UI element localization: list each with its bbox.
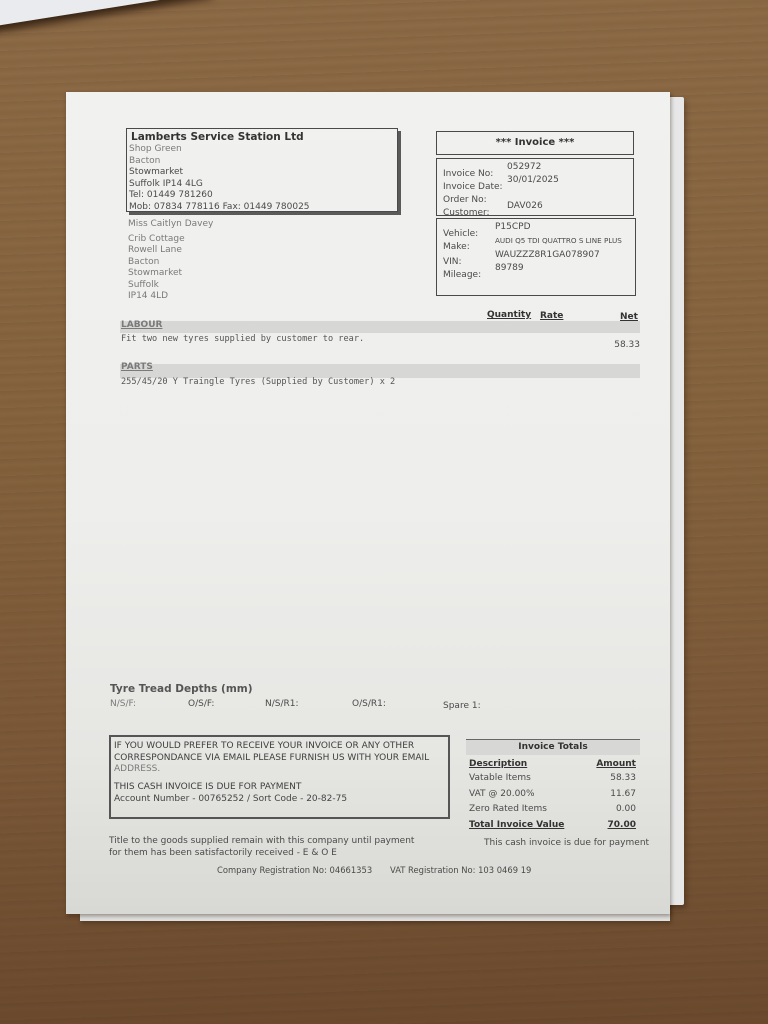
- notice-line: IF YOU WOULD PREFER TO RECEIVE YOUR INVO…: [114, 741, 429, 753]
- totals-amount-header: Amount: [576, 759, 636, 771]
- title-of-goods-terms: Title to the goods supplied remain with …: [109, 836, 414, 859]
- company-registration: Company Registration No: 04661353: [217, 865, 372, 877]
- labour-heading: LABOUR: [121, 320, 162, 332]
- background-paper-sheet: [0, 0, 212, 28]
- bank-account-details: Account Number - 00765252 / Sort Code - …: [114, 794, 347, 806]
- parts-section-band: [120, 364, 640, 378]
- labour-section-band: [120, 321, 640, 333]
- company-name: Lamberts Service Station Ltd: [131, 131, 304, 144]
- address-line: Suffolk IP14 4LG: [129, 179, 310, 191]
- company-box: Lamberts Service Station Ltd Shop Green …: [126, 128, 398, 212]
- customer-name: Miss Caitlyn Davey: [128, 219, 213, 231]
- totals-title: Invoice Totals: [466, 740, 640, 755]
- tread-osr1-label: O/S/R1:: [352, 699, 386, 711]
- customer-address: Miss Caitlyn Davey Crib Cottage Rowell L…: [128, 219, 213, 303]
- vehicle-reg-value: P15CPD: [495, 222, 531, 234]
- totals-description-header: Description: [469, 759, 527, 771]
- address-line: IP14 4LD: [128, 291, 213, 303]
- total-invoice-value-amount: 70.00: [576, 820, 636, 832]
- document-title: *** Invoice ***: [437, 132, 633, 153]
- address-line: Crib Cottage: [128, 234, 213, 246]
- vat-registration: VAT Registration No: 103 0469 19: [390, 865, 531, 877]
- quantity-column-header: Quantity: [487, 310, 531, 322]
- totals-header-band: Invoice Totals: [466, 739, 640, 755]
- vatable-items-amount: 58.33: [576, 773, 636, 785]
- vatable-items-label: Vatable Items: [469, 773, 531, 785]
- tread-spare-label: Spare 1:: [443, 701, 481, 713]
- invoice-title-box: *** Invoice ***: [436, 131, 634, 155]
- vehicle-info-box: Vehicle: P15CPD Make: AUDI Q5 TDI QUATTR…: [436, 218, 636, 296]
- vat-amount: 11.67: [576, 789, 636, 801]
- company-mob-fax: Mob: 07834 778116 Fax: 01449 780025: [129, 202, 310, 214]
- terms-line: for them has been satisfactorily receive…: [109, 848, 414, 860]
- cash-due-note: This cash invoice is due for payment: [484, 838, 649, 850]
- vat-label: VAT @ 20.00%: [469, 789, 535, 801]
- address-line: Bacton: [128, 257, 213, 269]
- notice-line: CORRESPONDANCE VIA EMAIL PLEASE FURNISH …: [114, 753, 429, 765]
- notice-line: ADDRESS.: [114, 764, 429, 776]
- email-notice-box: IF YOU WOULD PREFER TO RECEIVE YOUR INVO…: [109, 735, 450, 819]
- tread-nsr1-label: N/S/R1:: [265, 699, 299, 711]
- invoice-page: Lamberts Service Station Ltd Shop Green …: [66, 92, 670, 914]
- invoice-info-row: Customer: DAV026: [443, 200, 490, 220]
- tread-osf-label: O/S/F:: [188, 699, 214, 711]
- invoice-date-value: 30/01/2025: [507, 175, 559, 187]
- company-address: Shop Green Bacton Stowmarket Suffolk IP1…: [129, 144, 310, 213]
- mileage-label: Mileage:: [443, 270, 481, 280]
- tread-nsf-label: N/S/F:: [110, 699, 136, 711]
- tread-depths-title: Tyre Tread Depths (mm): [110, 683, 253, 696]
- invoice-no-value: 052972: [507, 162, 541, 174]
- line-item-description: 255/45/20 Y Traingle Tyres (Supplied by …: [121, 377, 395, 387]
- line-item-net: 58.33: [586, 340, 640, 352]
- parts-heading: PARTS: [121, 362, 153, 374]
- mileage-value: 89789: [495, 263, 524, 275]
- customer-code-value: DAV026: [507, 201, 543, 213]
- vehicle-info-row: Mileage: 89789: [443, 262, 481, 282]
- zero-rated-label: Zero Rated Items: [469, 804, 547, 816]
- payment-due-notice: THIS CASH INVOICE IS DUE FOR PAYMENT: [114, 782, 301, 794]
- address-line: Rowell Lane: [128, 245, 213, 257]
- company-tel: Tel: 01449 781260: [129, 190, 310, 202]
- vin-value: WAUZZZ8R1GA078907: [495, 250, 600, 262]
- total-invoice-value-label: Total Invoice Value: [469, 820, 564, 832]
- address-line: Shop Green: [129, 144, 310, 156]
- zero-rated-amount: 0.00: [576, 804, 636, 816]
- invoice-info-box: Invoice No: 052972 Invoice Date: 30/01/2…: [436, 158, 634, 216]
- address-line: Stowmarket: [128, 268, 213, 280]
- customer-code-label: Customer:: [443, 208, 490, 218]
- make-value: AUDI Q5 TDI QUATTRO S LINE PLUS: [495, 235, 622, 247]
- terms-line: Title to the goods supplied remain with …: [109, 836, 414, 848]
- line-item-description: Fit two new tyres supplied by customer t…: [121, 334, 364, 344]
- email-notice-text: IF YOU WOULD PREFER TO RECEIVE YOUR INVO…: [114, 741, 429, 776]
- address-line: Bacton: [129, 156, 310, 168]
- address-line: Suffolk: [128, 280, 213, 292]
- address-line: Stowmarket: [129, 167, 310, 179]
